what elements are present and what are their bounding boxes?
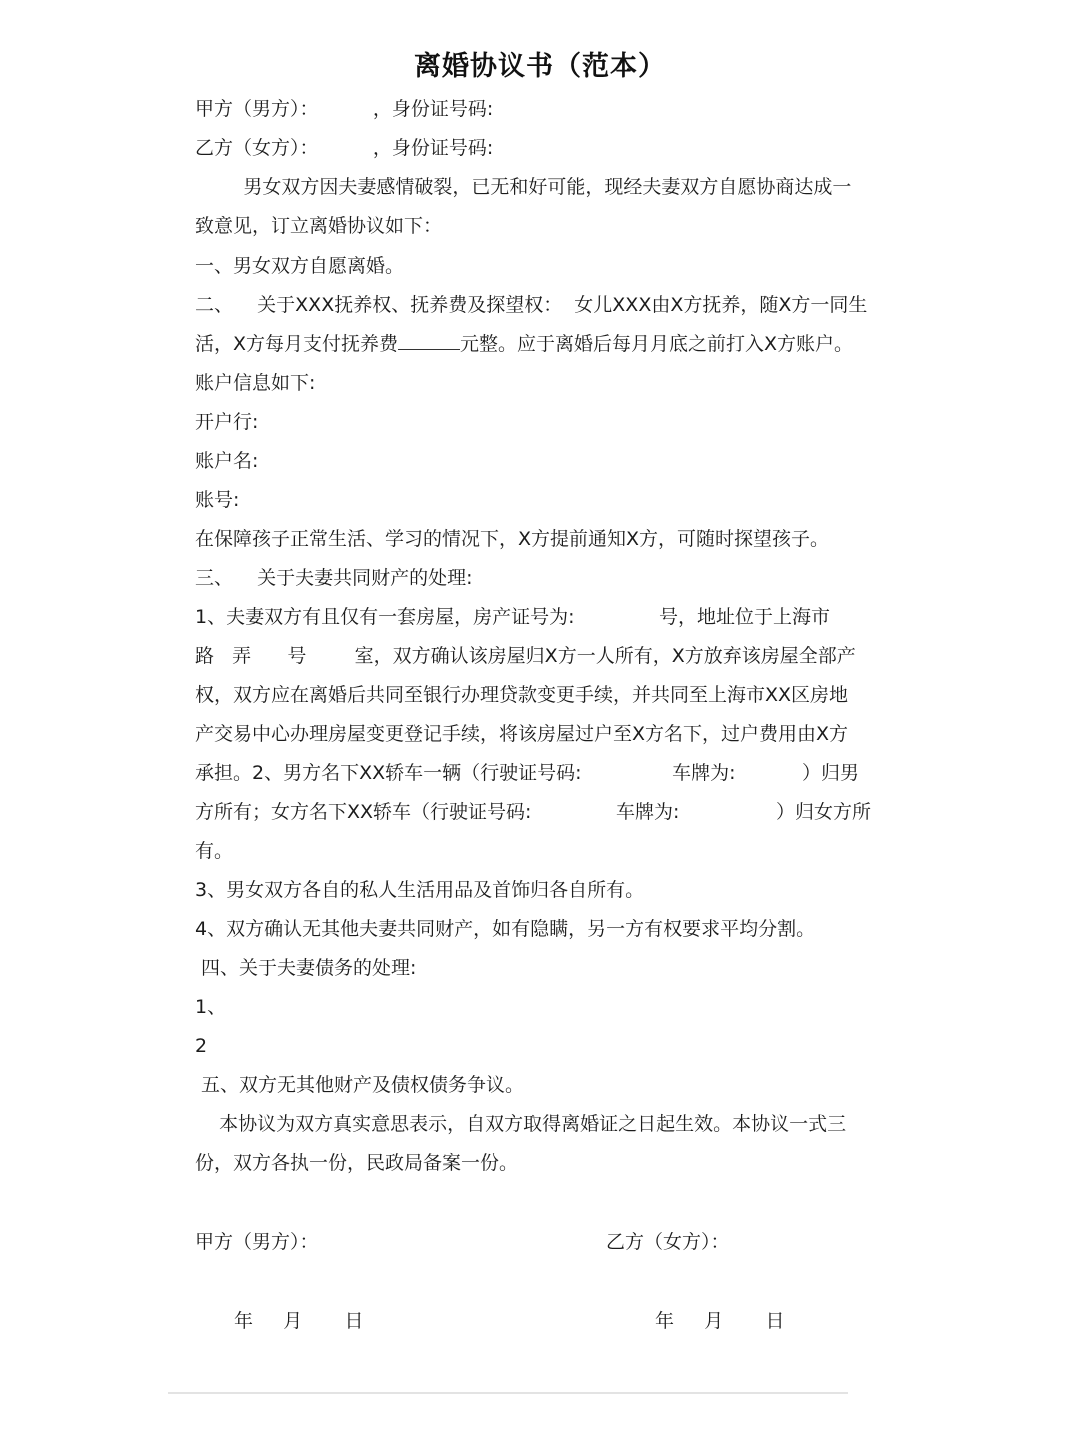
party-b-line: 乙方（女方）： ，身份证号码: [195,134,895,162]
account-info-label: 账户信息如下: [195,369,895,397]
account-name-label: 账户名: [195,447,895,475]
party-a-signature-label: 甲方（男方）： [195,1228,319,1256]
child-support-text-post: 元整。应于离婚后每月月底之前打入X方账户。 [460,333,853,355]
account-number-label: 账号: [195,486,895,514]
section-3-line: 有。 [195,837,895,865]
section-4-heading: 四、关于夫妻债务的处理: [195,954,895,982]
section-3-line: 1、夫妻双方有且仅有一套房屋，房产证号为: 号，地址位于上海市 [195,603,895,631]
section-3-line: 方所有；女方名下XX轿车（行驶证号码: 车牌为: ）归女方所 [195,798,895,826]
child-support-text: 活，X方每月支付抚养费 [195,333,398,355]
preamble-line-1: 男女双方因夫妻感情破裂，已无和好可能，现经夫妻双方自愿协商达成一 [195,173,895,201]
closing-line-1: 本协议为双方真实意思表示，自双方取得离婚证之日起生效。本协议一式三 [195,1110,895,1138]
child-support-amount-blank [398,331,460,350]
section-3-line: 产交易中心办理房屋变更登记手续，将该房屋过户至X方名下，过户费用由X方 [195,720,895,748]
section-3-line: 路 弄 号 室，双方确认该房屋归X方一人所有，X方放弃该房屋全部产 [195,642,895,670]
visitation-clause: 在保障孩子正常生活、学习的情况下，X方提前通知X方，可随时探望孩子。 [195,525,895,553]
section-4-item: 1、 [195,993,895,1021]
section-3-heading: 三、 关于夫妻共同财产的处理: [195,564,895,592]
section-3-line: 承担。2、男方名下XX轿车一辆（行驶证号码: 车牌为: ）归男 [195,759,895,787]
section-3-line: 4、双方确认无其他夫妻共同财产，如有隐瞒，另一方有权要求平均分割。 [195,915,895,943]
party-a-date: 年 月 日 [234,1307,363,1335]
closing-line-2: 份，双方各执一份，民政局备案一份。 [195,1149,895,1177]
section-4-item: 2 [195,1032,895,1060]
party-a-line: 甲方（男方）： ，身份证号码: [195,95,895,123]
section-5: 五、双方无其他财产及债权债务争议。 [195,1071,895,1099]
document-title: 离婚协议书（范本） [0,44,1080,83]
party-b-signature-label: 乙方（女方）： [606,1228,730,1256]
party-b-date: 年 月 日 [655,1307,784,1335]
section-1: 一、男女双方自愿离婚。 [195,252,895,280]
section-2-line-1: 二、 关于XXX抚养权、抚养费及探望权： 女儿XXX由X方抚养，随X方一同生 [195,291,895,319]
preamble-line-2: 致意见，订立离婚协议如下： [195,212,895,240]
bank-label: 开户行: [195,408,895,436]
page-divider [168,1392,848,1394]
section-2-line-2: 活，X方每月支付抚养费元整。应于离婚后每月月底之前打入X方账户。 [195,330,895,358]
section-3-line: 权，双方应在离婚后共同至银行办理贷款变更手续，并共同至上海市XX区房地 [195,681,895,709]
section-3-line: 3、男女双方各自的私人生活用品及首饰归各自所有。 [195,876,895,904]
document-page: 离婚协议书（范本） 甲方（男方）： ，身份证号码: 乙方（女方）： ，身份证号码… [0,0,1080,1440]
